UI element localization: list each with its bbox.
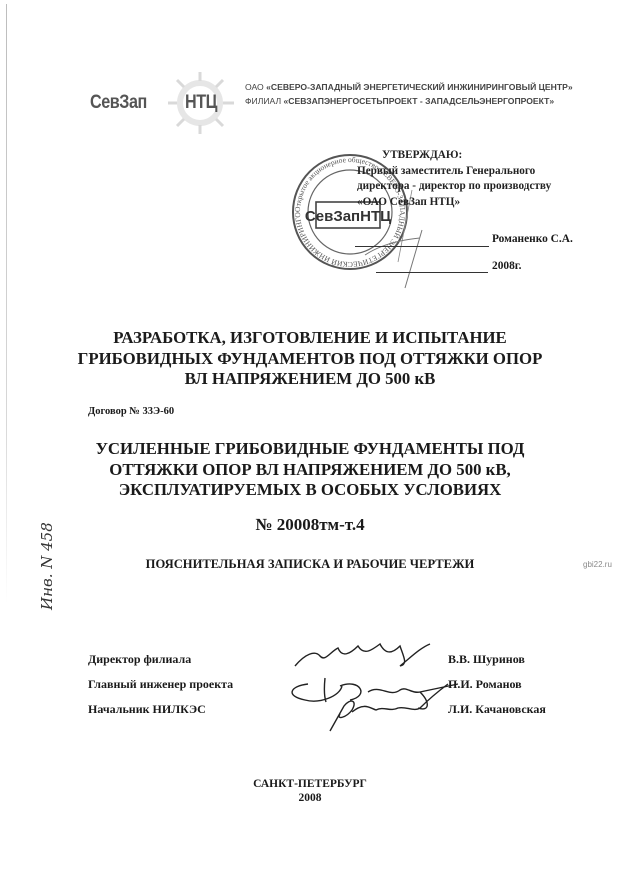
signatory-role: Начальник НИЛКЭС [88, 702, 206, 717]
approval-title: УТВЕРЖДАЮ: [382, 148, 551, 164]
approval-year: 2008г. [492, 260, 522, 272]
approver-name: Романенко С.А. [492, 233, 573, 245]
footer-city: САНКТ-ПЕТЕРБУРГ [0, 777, 620, 791]
sub-title: УСИЛЕННЫЕ ГРИБОВИДНЫЕ ФУНДАМЕНТЫ ПОД ОТТ… [0, 439, 620, 501]
signatory-name: В.В. Шуринов [448, 652, 525, 667]
date-line [376, 272, 488, 273]
org-line-1: ОАО «СЕВЕРО-ЗАПАДНЫЙ ЭНЕРГЕТИЧЕСКИЙ ИНЖИ… [245, 80, 573, 94]
main-title: РАЗРАБОТКА, ИЗГОТОВЛЕНИЕ И ИСПЫТАНИЕ ГРИ… [0, 328, 620, 390]
company-logo: СевЗап НТЦ [88, 70, 248, 136]
logo-text-ntc: НТЦ [185, 92, 217, 114]
document-type: ПОЯСНИТЕЛЬНАЯ ЗАПИСКА И РАБОЧИЕ ЧЕРТЕЖИ [0, 557, 620, 572]
signatory-name: Л.И. Качановская [448, 702, 546, 717]
approval-signature [360, 200, 450, 290]
signatory-role: Главный инженер проекта [88, 677, 233, 692]
footer-year: 2008 [0, 791, 620, 805]
org-line-2: ФИЛИАЛ «СЕВЗАПЭНЕРГОСЕТЬПРОЕКТ - ЗАПАДСЕ… [245, 94, 573, 108]
signature-line [355, 246, 489, 247]
approval-line: директора - директор по производству [357, 179, 551, 195]
document-number: № 20008тм-т.4 [0, 515, 620, 535]
signatory-role: Директор филиала [88, 652, 191, 667]
contract-number: Договор № 33Э-60 [88, 406, 174, 417]
inventory-note: Инв. N 458 [38, 522, 56, 610]
scan-edge-line [6, 4, 7, 604]
logo-text-sevzap: СевЗап [90, 92, 147, 114]
signatory-name: П.И. Романов [448, 677, 522, 692]
approval-line: Первый заместитель Генерального [357, 164, 551, 180]
footer: САНКТ-ПЕТЕРБУРГ 2008 [0, 777, 620, 805]
organization-header: ОАО «СЕВЕРО-ЗАПАДНЫЙ ЭНЕРГЕТИЧЕСКИЙ ИНЖИ… [245, 80, 573, 108]
watermark: gbi22.ru [583, 560, 612, 569]
